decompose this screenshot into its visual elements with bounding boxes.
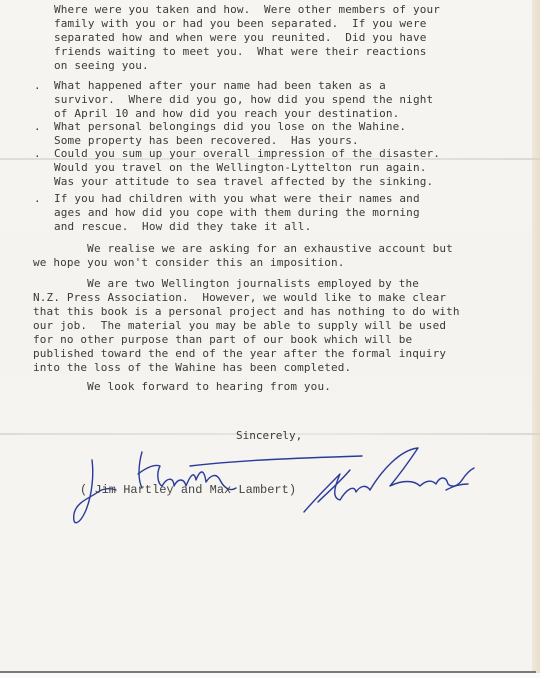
- text-line: on seeing you.: [54, 59, 149, 73]
- text-line: If you had children with you what were t…: [54, 192, 420, 206]
- text-line: Would you travel on the Wellington-Lytte…: [54, 161, 427, 175]
- text-line: we hope you won't consider this an impos…: [33, 256, 345, 270]
- text-line: N.Z. Press Association. However, we woul…: [33, 291, 446, 305]
- signatories-typed: ( Jim Hartley and Max Lambert): [80, 483, 296, 497]
- text-line: family with you or had you been separate…: [54, 17, 427, 31]
- text-line: ages and how did you cope with them duri…: [54, 206, 420, 220]
- text-line: What happened after your name had been t…: [54, 79, 386, 93]
- background-below-page: [0, 673, 540, 678]
- text-line: We look forward to hearing from you.: [33, 380, 331, 394]
- text-line: survivor. Where did you go, how did you …: [54, 93, 433, 107]
- text-line: into the loss of the Wahine has been com…: [33, 361, 351, 375]
- text-line: that this book is a personal project and…: [33, 305, 460, 319]
- text-line: Could you sum up your overall impression…: [54, 147, 440, 161]
- text-line: What personal belongings did you lose on…: [54, 120, 406, 134]
- text-line: published toward the end of the year aft…: [33, 347, 446, 361]
- text-line: Some property has been recovered. Has yo…: [54, 134, 359, 148]
- text-line: separated how and when were you reunited…: [54, 31, 427, 45]
- bullet-marker: .: [34, 120, 41, 134]
- text-line: We are two Wellington journalists employ…: [33, 277, 419, 291]
- bullet-marker: .: [34, 147, 41, 161]
- text-line: of April 10 and how did you reach your d…: [54, 107, 399, 121]
- bullet-marker: .: [34, 79, 41, 93]
- text-line: our job. The material you may be able to…: [33, 319, 446, 333]
- text-line: Was your attitude to sea travel affected…: [54, 175, 433, 189]
- text-line: and rescue. How did they take it all.: [54, 220, 311, 234]
- text-line: We realise we are asking for an exhausti…: [33, 242, 453, 256]
- text-line: Where were you taken and how. Were other…: [54, 3, 440, 17]
- text-line: friends waiting to meet you. What were t…: [54, 45, 427, 59]
- text-line: for no other purpose than part of our bo…: [33, 333, 412, 347]
- paper-edge-right: [532, 0, 540, 678]
- bullet-marker: .: [34, 192, 41, 206]
